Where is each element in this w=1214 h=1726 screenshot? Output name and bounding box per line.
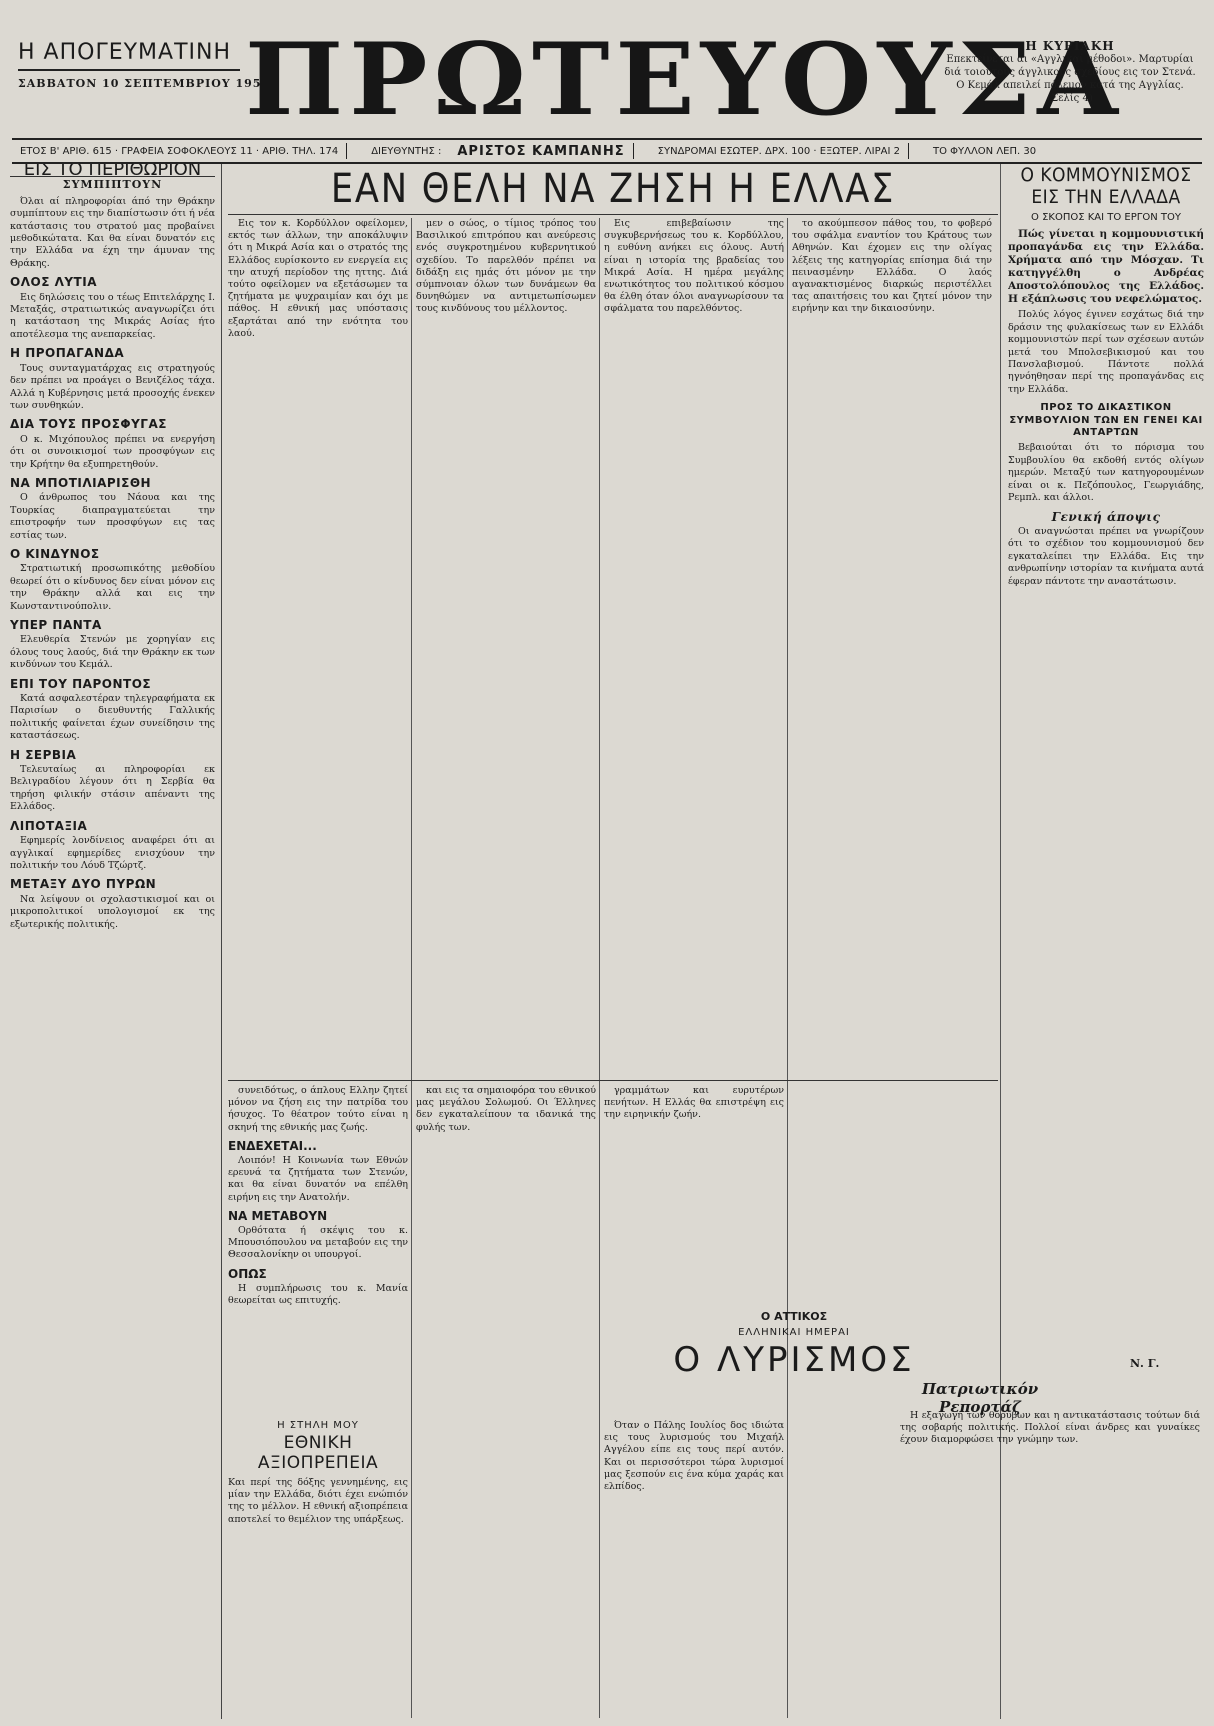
section-text: Η συμπλήρωσις του κ. Μανία θεωρείται ως … <box>228 1283 408 1307</box>
info-bar: ΕΤΟΣ Β' ΑΡΙΘ. 615 · ΓΡΑΦΕΙΑ ΣΟΦΟΚΛΕΟΥΣ 1… <box>12 138 1202 164</box>
section-heading: ΟΠΩΣ <box>228 1268 408 1280</box>
edition-box: Η ΑΠΟΓΕΥΜΑΤΙΝΗ ΣΑΒΒΑΤΟΝ 10 ΣΕΠΤΕΜΒΡΙΟΥ 1… <box>18 40 240 90</box>
divider <box>346 143 363 159</box>
article-text: μεν ο σώος, ο τίμιος τρόπος του Βασιλικο… <box>416 218 596 316</box>
reportaz-column: Η εξαγωγή των θόρυβων και η αντικατάστασ… <box>900 1410 1200 1710</box>
communism-lead: Πώς γίνεται η κομμουνιστική προπαγάνδα ε… <box>1008 228 1204 306</box>
lyrismos-text-column: Όταν ο Πάλης Ιουλίος δος ιδιώτα εις τους… <box>604 1420 784 1720</box>
stele-title: ΕΘΝΙΚΗ ΑΞΙΟΠΡΕΠΕΙΑ <box>228 1433 408 1473</box>
teaser-heading: Η ΚΥΡΙΑΚΗ <box>940 40 1200 53</box>
my-column-box: Η ΣΤΗΛΗ ΜΟΥ ΕΘΝΙΚΗ ΑΞΙΟΠΡΕΠΕΙΑ Και περί … <box>228 1420 408 1535</box>
main-headline: ΕΑΝ ΘΕΛΗ ΝΑ ΖΗΣΗ Η ΕΛΛΑΣ <box>274 164 952 214</box>
subscriptions: ΣΥΝΔΡΟΜΑΙ ΕΣΩΤΕΡ. ΔΡΧ. 100 · ΕΞΩΤΕΡ. ΛΙΡ… <box>650 146 908 157</box>
article-text: και εις τα σημαιοφόρα του εθνικού μας με… <box>416 1085 596 1134</box>
section-text: Όλαι αί πληροφορίαι άπό την Θράκην συμπί… <box>10 196 215 270</box>
lyrismos-box: Ο ΑΤΤΙΚΟΣ ΕΛΛΗΝΙΚΑΙ ΗΜΕΡΑΙ Ο ΛΥΡΙΣΜΟΣ <box>604 1310 984 1380</box>
divider <box>228 1080 998 1081</box>
column-rule <box>599 218 600 1718</box>
article-text: Εις επιβεβαίωσιν της συγκυβερνήσεως του … <box>604 218 784 316</box>
section-heading: ΟΛΟΣ ΛΥΤΙΑ <box>10 276 215 288</box>
sunday-teaser: Η ΚΥΡΙΑΚΗ Επεκτείνεται αι «Αγγλικαί μέθο… <box>940 40 1200 105</box>
lyrismos-author: Ο ΑΤΤΙΚΟΣ <box>604 1310 984 1323</box>
signature: Ν. Γ. <box>1130 1357 1159 1370</box>
director-label: ΔΙΕΥΘΥΝΤΗΣ : <box>363 146 449 157</box>
left-subkicker: ΣΥΜΠΙΠΤΟΥΝ <box>10 179 215 191</box>
section-heading: Ο ΚΙΝΔΥΝΟΣ <box>10 548 215 560</box>
article-column: Εις τον κ. Κορδύλλον οφείλομεν, εκτός τω… <box>228 218 408 1078</box>
communism-body: Πολύς λόγος έγινεν εσχάτως διά την δράσι… <box>1008 309 1204 396</box>
edition-label: Η ΑΠΟΓΕΥΜΑΤΙΝΗ <box>18 40 240 71</box>
left-kicker: ΕΙΣ ΤΟ ΠΕΡΙΘΩΡΙΟΝ <box>10 164 215 177</box>
issue-date: ΣΑΒΒΑΤΟΝ 10 ΣΕΠΤΕΜΒΡΙΟΥ 1955 <box>18 77 240 90</box>
section-text: Τους συνταγματάρχας εις στρατηγούς δεν π… <box>10 363 215 413</box>
article-text: συνειδότως, ο άπλους Ελλην ζητεί μόνον ν… <box>228 1085 408 1134</box>
stele-kicker: Η ΣΤΗΛΗ ΜΟΥ <box>228 1420 408 1431</box>
section-text: Να λείψουν οι σχολαστικισμοί και οι μικρ… <box>10 894 215 931</box>
section-text: Εις δηλώσεις του ο τέως Επιτελάρχης Ι. Μ… <box>10 292 215 342</box>
section-text: Ο κ. Μιχόπουλος πρέπει να ενεργήση ότι ο… <box>10 434 215 471</box>
director-name: ΑΡΙΣΤΟΣ ΚΑΜΠΑΝΗΣ <box>449 144 632 159</box>
section-heading: ΕΠΙ ΤΟΥ ΠΑΡΟΝΤΟΣ <box>10 678 215 690</box>
reportaz-text: Η εξαγωγή των θόρυβων και η αντικατάστασ… <box>900 1410 1200 1447</box>
section-heading: Η ΣΕΡΒΙΑ <box>10 749 215 761</box>
article-column: το ακούμπεσον πάθος του, το φοβερό του σ… <box>792 218 992 1078</box>
section-text: Οι αναγνώσται πρέπει να γνωρίζουν ότι το… <box>1008 526 1204 588</box>
article-column: μεν ο σώος, ο τίμιος τρόπος του Βασιλικο… <box>416 218 596 1078</box>
lower-column: γραμμάτων και ευρυτέρων πενήτων. Η Ελλάς… <box>604 1085 784 1305</box>
section-text: Ορθότατα ή σκέψις του κ. Μπουσιόπουλου ν… <box>228 1225 408 1262</box>
section-text: Κατά ασφαλεστέραν τηλεγραφήματα εκ Παρισ… <box>10 693 215 743</box>
section-text: Βεβαιούται ότι το πόρισμα του Συμβουλίου… <box>1008 442 1204 504</box>
section-text: Στρατιωτική προσωπικότης μεθοδίου θεωρεί… <box>10 563 215 613</box>
column-rule <box>411 218 412 1718</box>
section-text: Ο άνθρωπος του Νάουα και της Τουρκίας δι… <box>10 492 215 542</box>
article-text: γραμμάτων και ευρυτέρων πενήτων. Η Ελλάς… <box>604 1085 784 1122</box>
newspaper-page: Η ΑΠΟΓΕΥΜΑΤΙΝΗ ΣΑΒΒΑΤΟΝ 10 ΣΕΠΤΕΜΒΡΙΟΥ 1… <box>0 0 1214 1726</box>
section-heading: ΔΙΑ ΤΟΥΣ ΠΡΟΣΦΥΓΑΣ <box>10 418 215 430</box>
article-column: Εις επιβεβαίωσιν της συγκυβερνήσεως του … <box>604 218 784 1078</box>
divider <box>908 143 925 159</box>
section-heading: Η ΠΡΟΠΑΓΑΝΔΑ <box>10 347 215 359</box>
section-text: Λοιπόν! Η Κοινωνία των Εθνών ερευνά τα ζ… <box>228 1155 408 1204</box>
section-heading: Γενική άποψις <box>1008 511 1204 523</box>
divider <box>228 214 998 215</box>
section-heading: ΥΠΕΡ ΠΑΝΤΑ <box>10 619 215 631</box>
price: ΤΟ ΦΥΛΛΟΝ ΛΕΠ. 30 <box>925 146 1044 157</box>
lower-column: και εις τα σημαιοφόρα του εθνικού μας με… <box>416 1085 596 1715</box>
column-rule <box>787 218 788 1718</box>
lower-column: συνειδότως, ο άπλους Ελλην ζητεί μόνον ν… <box>228 1085 408 1715</box>
section-heading: ΜΕΤΑΞΥ ΔΥΟ ΠΥΡΩΝ <box>10 878 215 890</box>
teaser-text: Επεκτείνεται αι «Αγγλικαί μέθοδοι». Μαρτ… <box>940 53 1200 92</box>
section-heading: ΝΑ ΜΕΤΑΒΟΥΝ <box>228 1210 408 1222</box>
section-text: Ελευθερία Στενών με χορηγίαν εις όλους τ… <box>10 634 215 671</box>
section-text: Τελευταίως αι πληροφορίαι εκ Βελιγραδίου… <box>10 764 215 814</box>
section-heading: ΛΙΠΟΤΑΞΙΑ <box>10 820 215 832</box>
divider <box>633 143 650 159</box>
section-text: Εφημερίς λονδίνειος αναφέρει ότι αι αγγλ… <box>10 835 215 872</box>
article-text: το ακούμπεσον πάθος του, το φοβερό του σ… <box>792 218 992 316</box>
teaser-page-ref: (Σελίς 4) <box>940 92 1200 105</box>
lyrismos-text: Όταν ο Πάλης Ιουλίος δος ιδιώτα εις τους… <box>604 1420 784 1493</box>
section-heading: ΕΝΔΕΧΕΤΑΙ... <box>228 1140 408 1152</box>
left-column: ΕΙΣ ΤΟ ΠΕΡΙΘΩΡΙΟΝ ΣΥΜΠΙΠΤΟΥΝ Όλαι αί πλη… <box>10 164 222 1719</box>
article-text: Εις τον κ. Κορδύλλον οφείλομεν, εκτός τω… <box>228 218 408 340</box>
lyrismos-kicker: ΕΛΛΗΝΙΚΑΙ ΗΜΕΡΑΙ <box>604 1327 984 1338</box>
stele-text: Και περί της δόξης γεννημένης, εις μίαν … <box>228 1477 408 1526</box>
newspaper-title: ΠΡΩΤΕΥΟΥΣΑ <box>245 28 925 133</box>
issue-info: ΕΤΟΣ Β' ΑΡΙΘ. 615 · ΓΡΑΦΕΙΑ ΣΟΦΟΚΛΕΟΥΣ 1… <box>12 146 346 157</box>
section-heading: ΝΑ ΜΠΟΤΙΛΙΑΡΙΣΘΗ <box>10 477 215 489</box>
section-heading: ΠΡΟΣ ΤΟ ΔΙΚΑΣΤΙΚΟΝ ΣΥΜΒΟΥΛΙΟΝ ΤΩΝ ΕΝ ΓΕΝ… <box>1008 402 1204 439</box>
lyrismos-title: Ο ΛΥΡΙΣΜΟΣ <box>604 1340 984 1380</box>
masthead: Η ΑΠΟΓΕΥΜΑΤΙΝΗ ΣΑΒΒΑΤΟΝ 10 ΣΕΠΤΕΜΒΡΙΟΥ 1… <box>0 0 1214 138</box>
communism-subhead: Ο ΣΚΟΠΟΣ ΚΑΙ ΤΟ ΕΡΓΟΝ ΤΟΥ <box>1008 212 1204 224</box>
communism-headline: Ο ΚΟΜΜΟΥΝΙΣΜΟΣ ΕΙΣ ΤΗΝ ΕΛΛΑΔΑ <box>1018 164 1194 208</box>
